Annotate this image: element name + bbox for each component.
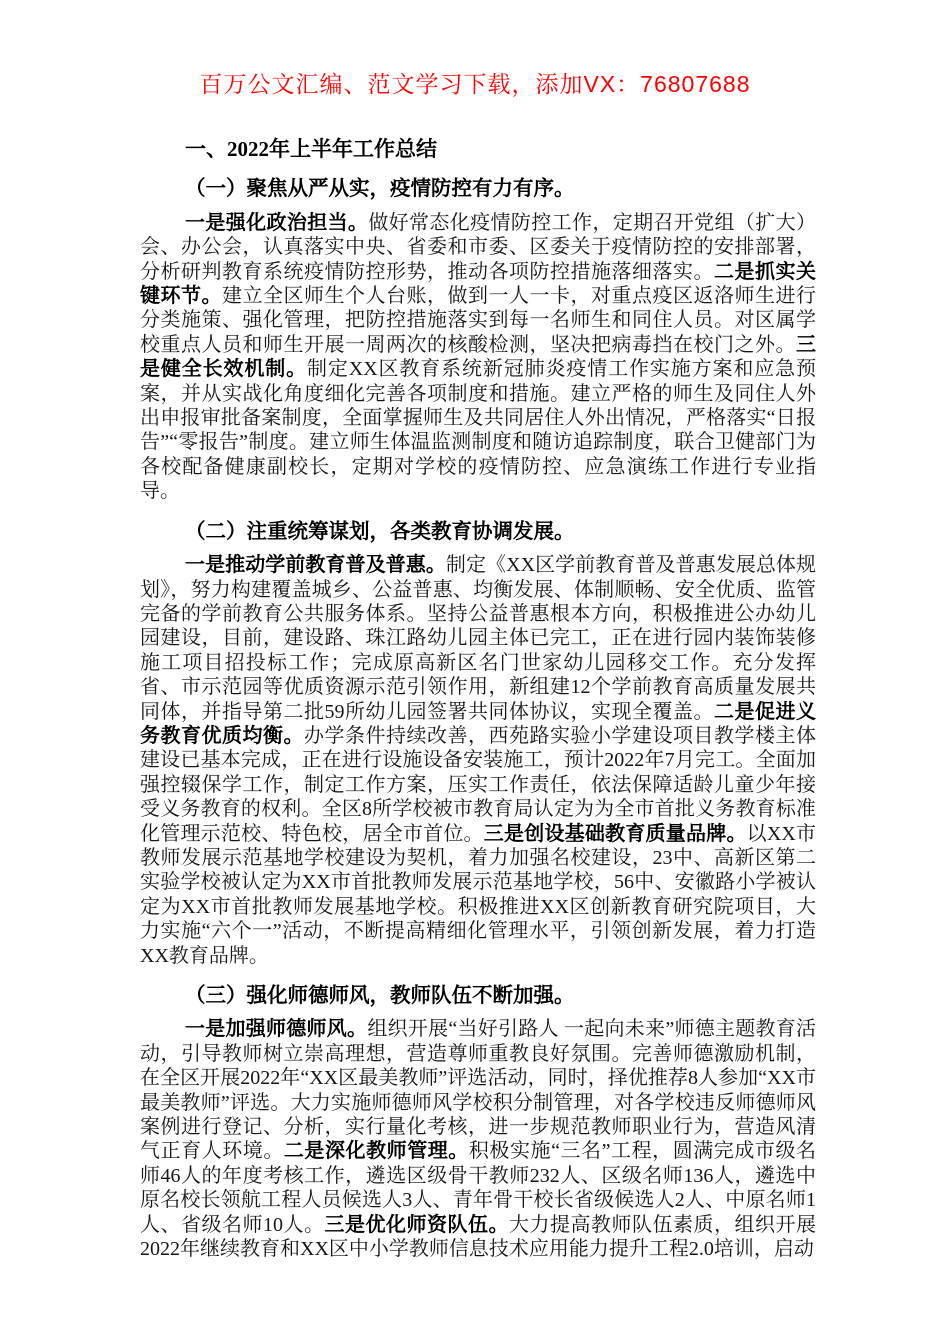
document-page: 百万公文汇编、范文学习下载，添加VX：76807688 一、2022年上半年工作… [0, 0, 950, 1344]
bold-text-run: 三是创设基础教育质量品牌。 [484, 823, 747, 845]
paragraph-2: 一是推动学前教育普及普惠。制定《XX区学前教育普及普惠发展总体规划》，努力构建覆… [140, 553, 816, 968]
paragraph-1: 一是强化政治担当。做好常态化疫情防控工作，定期召开党组（扩大）会、办公会，认真落… [140, 211, 816, 504]
bold-text-run: （一）聚焦从严从实，疫情防控有力有序。 [185, 178, 575, 200]
document-title: 一、2022年上半年工作总结 [140, 137, 816, 161]
bold-text-run: 一是推动学前教育普及普惠。 [185, 554, 446, 576]
bold-text-run: 一是强化政治担当。 [185, 212, 368, 234]
section-heading-2: （二）注重统筹谋划，各类教育协调发展。 [140, 520, 816, 544]
bold-text-run: 二是深化教师管理。 [284, 1140, 469, 1162]
bold-text-run: 一是加强师德师风。 [185, 1018, 367, 1040]
bold-text-run: 一、2022年上半年工作总结 [185, 137, 437, 161]
text-run: 制定《XX区学前教育普及普惠发展总体规划》，努力构建覆盖城乡、公益普惠、均衡发展… [140, 554, 816, 722]
paragraph-3: 一是加强师德师风。组织开展“当好引路人 一起向未来”师德主题教育活动，引导教师树… [140, 1017, 816, 1261]
header-notice: 百万公文汇编、范文学习下载，添加VX：76807688 [0, 0, 950, 99]
section-heading-1: （一）聚焦从严从实，疫情防控有力有序。 [140, 177, 816, 201]
bold-text-run: 三是优化师资队伍。 [325, 1214, 510, 1236]
section-heading-3: （三）强化师德师风，教师队伍不断加强。 [140, 984, 816, 1008]
text-run: 建立全区师生个人台账，做到一人一卡，对重点疫区返洛师生进行分类施策、强化管理，把… [140, 285, 816, 356]
bold-text-run: （二）注重统筹谋划，各类教育协调发展。 [185, 521, 575, 543]
bold-text-run: （三）强化师德师风，教师队伍不断加强。 [185, 985, 575, 1007]
document-content: 一、2022年上半年工作总结（一）聚焦从严从实，疫情防控有力有序。一是强化政治担… [140, 137, 816, 1261]
